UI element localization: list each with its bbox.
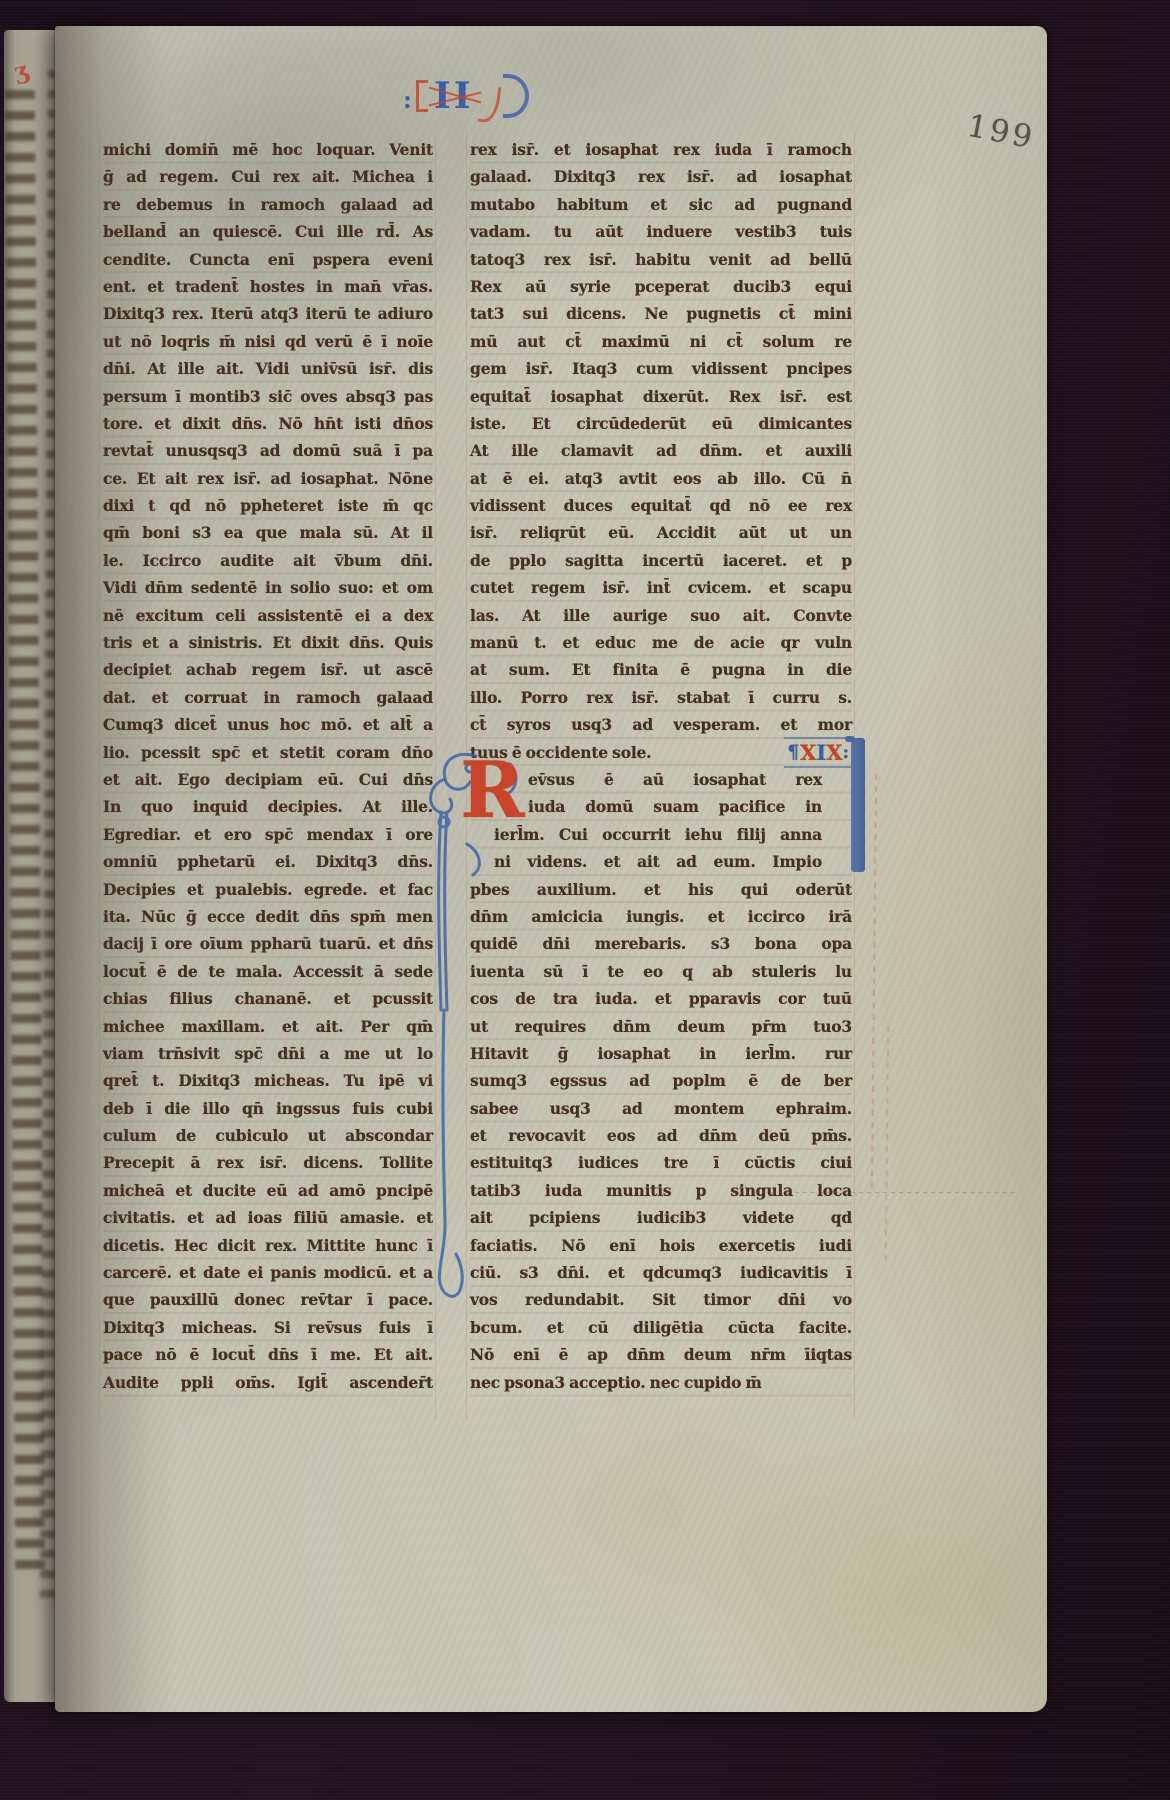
text-line: nec psona3 acceptio. nec cupido m̄ — [470, 1369, 852, 1396]
text-line: nē excitum celi assistentē ei a dex — [103, 602, 433, 629]
text-line: Nō enī ē ap dn̄m deum nr̄m īiqtas — [470, 1341, 852, 1368]
text-line: dacij ī ore oīum ppharū tuarū. et dn̄s — [103, 930, 433, 957]
text-line: et ait. Ego decipiam eū. Cui dn̄s — [103, 766, 433, 793]
text-line: micheā et ducite eū ad amō pncipē — [103, 1177, 433, 1204]
text-line: Egrediar. et ero spc̄ mendax ī ore — [103, 821, 433, 848]
text-line: Dixitq3 rex. Iterū atq3 iterū te adiuro — [103, 300, 433, 327]
text-line: cendite. Cuncta enī pspera eveni — [103, 246, 433, 273]
text-line: qret̄ t. Dixitq3 micheas. Tu ipē vi — [103, 1067, 433, 1094]
text-line: revtat̄ unusqsq3 ad domū suā ī pa — [103, 437, 433, 464]
running-title-dots: : — [403, 88, 412, 112]
text-line: ut requires dn̄m deum pr̄m tuo3 — [470, 1013, 852, 1040]
text-line: dat. et corruat in ramoch galaad — [103, 684, 433, 711]
text-line: Rex aū syrie pceperat ducib3 equi — [470, 273, 852, 300]
text-line: sumq3 egssus ad poplm ē de ber — [470, 1067, 852, 1094]
text-line: at ē ei. atq3 avtit eos ab illo. Cū n̄ — [470, 465, 852, 492]
text-line: estituitq3 iudices tre ī cūctis ciui — [470, 1149, 852, 1176]
text-line: Audite ppli om̄s. Igit̄ ascender̄t — [103, 1369, 433, 1396]
text-line: ev̄sus ē aū iosaphat rex — [470, 766, 852, 793]
text-line: viam trn̄sivit spc̄ dn̄i a me ut lo — [103, 1040, 433, 1067]
text-line: iste. Et circūdederūt eū dimicantes — [470, 410, 852, 437]
chapter-numeral-x: X — [826, 739, 841, 766]
text-line: qm̄ boni s3 ea que mala sū. At il — [103, 519, 433, 546]
text-line: pbes auxilium. et his qui oderūt — [470, 876, 852, 903]
text-line: ce. Et ait rex isr̄. ad iosaphat. Nōne — [103, 465, 433, 492]
parchment-page: : II 199 michi domin̄ mē hoc loquar. Ven… — [55, 26, 1047, 1712]
text-line: cutet regem isr̄. int̄ cvicem. et scapu — [470, 574, 852, 601]
text-line: mutabo habitum et sic ad pugnand — [470, 191, 852, 218]
chapter-numeral-i: I — [816, 739, 825, 766]
text-line: ita. Nūc ḡ ecce dedit dn̄s spm̄ men — [103, 903, 433, 930]
text-line: dn̄i. At ille ait. Vidi univ̄sū isr̄. di… — [103, 355, 433, 382]
text-line: rex isr̄. et iosaphat rex iuda ī ramoch — [470, 136, 852, 163]
text-line: dicetis. Hec dicit rex. Mittite hunc ī — [103, 1232, 433, 1259]
text-line: tris et a sinistris. Et dixit dn̄s. Quis — [103, 629, 433, 656]
red-flourish-tail — [477, 84, 501, 123]
text-line: que pauxillū donec rev̄tar ī pace. — [103, 1286, 433, 1313]
text-line: chias filius chananē. et pcussit — [103, 985, 433, 1012]
running-title: : II — [403, 72, 529, 120]
text-line: deb ī die illo qn̄ ingssus fuis cubi — [103, 1095, 433, 1122]
text-line: illo. Porro rex isr̄. stabat ī curru s. — [470, 684, 852, 711]
red-flourish-bracket — [416, 80, 428, 112]
text-line: pace nō ē locut̄ dn̄s ī me. Et ait. — [103, 1341, 433, 1368]
text-line: tatib3 iuda munitis p singula loca — [470, 1177, 852, 1204]
text-line: Decipies et pualebis. egrede. et fac — [103, 876, 433, 903]
text-line: quidē dn̄i merebaris. s3 bona opa — [470, 930, 852, 957]
chapter-end-line: tuus ē occidente sole. ¶ X I X : — [470, 739, 852, 766]
red-quire-mark: ʒ — [11, 55, 31, 86]
right-column-lower-lines: pbes auxilium. et his qui oderūtdn̄m ami… — [470, 876, 852, 1396]
text-line: tatoq3 rex isr̄. habitu venit ad bellū — [470, 246, 852, 273]
folio-number: 199 — [964, 108, 1038, 156]
text-line: ent. et tradent̄ hostes in man̄ vr̄as. — [103, 273, 433, 300]
running-title-numeral: II — [432, 78, 476, 114]
chapter-number-xix: ¶ X I X : — [784, 737, 852, 768]
chapter-numeral-colon: : — [843, 739, 849, 766]
chapter-numeral-x: X — [800, 739, 815, 766]
text-line: michee maxillam. et ait. Per qm̄ — [103, 1013, 433, 1040]
text-line: Dixitq3 micheas. Si rev̄sus fuis ī — [103, 1314, 433, 1341]
text-column-left: michi domin̄ mē hoc loquar. Venitḡ ad re… — [103, 136, 433, 1396]
text-line: ierl̄m. Cui occurrit iehu filij anna — [470, 821, 852, 848]
decorated-initial-R: R — [460, 754, 525, 828]
red-margin-penwork — [871, 774, 877, 1194]
right-column-upper-lines: rex isr̄. et iosaphat rex iuda ī ramochg… — [470, 136, 852, 739]
ruling-vertical-line — [99, 130, 100, 1420]
text-line: ni videns. et ait ad eum. Impio — [470, 848, 852, 875]
text-line: faciatis. Nō enī hois exercetis iudi — [470, 1232, 852, 1259]
text-line: las. At ille aurige suo ait. Convte — [470, 602, 852, 629]
text-line: carcerē. et date ei panis modicū. et a — [103, 1259, 433, 1286]
text-line: dn̄m amicicia iungis. et iccirco irā — [470, 903, 852, 930]
text-line: lio. pcessit spc̄ et stetit coram dn̄o — [103, 739, 433, 766]
text-line: Vidi dn̄m sedentē in solio suo: et om — [103, 574, 433, 601]
text-line: tore. et dixit dn̄s. Nō hn̄t isti dn̄os — [103, 410, 433, 437]
blue-margin-bar — [851, 738, 865, 872]
text-line: et revocavit eos ad dn̄m deū pm̄s. — [470, 1122, 852, 1149]
text-line: persum ī montib3 sic̄ oves absq3 pas — [103, 383, 433, 410]
manuscript-photo: ʒ : II 199 michi domin̄ mē hoc loquar. V… — [0, 0, 1170, 1800]
text-line: ut nō loqris m̄ nisi qd verū ē ī noīe — [103, 328, 433, 355]
text-line: ciū. s3 dn̄i. et qdcumq3 iudicavitis ī — [470, 1259, 852, 1286]
text-line: decipiet achab regem isr̄. ut ascē — [103, 656, 433, 683]
red-margin-penwork — [885, 1026, 889, 1261]
text-line: vidissent duces equitat̄ qd nō ee rex — [470, 492, 852, 519]
text-line: equitat̄ iosaphat dixerūt. Rex isr̄. est — [470, 383, 852, 410]
edge-blurred-text-column — [5, 90, 45, 1570]
text-line: iuda domū suam pacifice in — [470, 793, 852, 820]
text-line: michi domin̄ mē hoc loquar. Venit — [103, 136, 433, 163]
text-line: gem isr̄. Itaq3 cum vidissent pncipes — [470, 355, 852, 382]
text-line: re debemus in ramoch galaad ad — [103, 191, 433, 218]
text-line: locut̄ ē de te mala. Accessit ā sede — [103, 958, 433, 985]
text-line: at sum. Et finita ē pugna in die — [470, 656, 852, 683]
chapter-opening-block: R ev̄sus ē aū iosaphat rexiuda domū — [470, 766, 852, 876]
text-line: ait pcipiens iudicib3 videte qd — [470, 1204, 852, 1231]
text-line: isr̄. reliqrūt eū. Accidit aūt ut un — [470, 519, 852, 546]
text-line: culum de cubiculo ut abscondar — [103, 1122, 433, 1149]
text-line: iuenta sū ī te eo q ab stuleris lu — [470, 958, 852, 985]
text-line: le. Iccirco audite ait v̄bum dn̄i. — [103, 547, 433, 574]
text-line: belland̄ an quiescē. Cui ille rd̄. As — [103, 218, 433, 245]
text-line: de pplo sagitta incertū iaceret. et p — [470, 547, 852, 574]
text-line: omniū pphetarū ei. Dixitq3 dn̄s. — [103, 848, 433, 875]
text-line: Hitavit ḡ iosaphat in ierl̄m. rur — [470, 1040, 852, 1067]
faint-ruling-extension — [755, 1192, 1015, 1193]
text-line: mū aut ct̄ maximū ni ct̄ solum re — [470, 328, 852, 355]
text-column-right: rex isr̄. et iosaphat rex iuda ī ramochg… — [470, 136, 852, 1396]
chapter-opening-lines: ev̄sus ē aū iosaphat rexiuda domū suam p… — [470, 766, 852, 876]
text-line: ct̄ syros usq3 ad vesperam. et mor — [470, 711, 852, 738]
text-line: cos de tra iuda. et pparavis cor tuū — [470, 985, 852, 1012]
blue-paraph-icon: ¶ — [787, 739, 799, 766]
text-line: galaad. Dixitq3 rex isr̄. ad iosaphat — [470, 163, 852, 190]
blue-flourish-paren — [503, 74, 529, 118]
text-line: sabee usq3 ad montem ephraim. — [470, 1095, 852, 1122]
text-line: dixi t qd nō ppheteret iste m̄ qc — [103, 492, 433, 519]
text-line: vos redundabit. Sit timor dn̄i vo — [470, 1286, 852, 1313]
text-line: manū t. et educ me de acie qr vuln — [470, 629, 852, 656]
text-line: civitatis. et ad ioas filiū amasie. et — [103, 1204, 433, 1231]
text-line: ḡ ad regem. Cui rex ait. Michea i — [103, 163, 433, 190]
text-line: vadam. tu aūt induere vestib3 tuis — [470, 218, 852, 245]
text-line: bcum. et cū diligētia cūcta facite. — [470, 1314, 852, 1341]
text-line: Precepit ā rex isr̄. dicens. Tollite — [103, 1149, 433, 1176]
text-line: In quo inquid decipies. At ille. — [103, 793, 433, 820]
text-line: Cumq3 dicet̄ unus hoc mō. et alt̄ a — [103, 711, 433, 738]
text-line: tat3 sui dicens. Ne pugnetis ct̄ mini — [470, 300, 852, 327]
text-line: At ille clamavit ad dn̄m. et auxili — [470, 437, 852, 464]
